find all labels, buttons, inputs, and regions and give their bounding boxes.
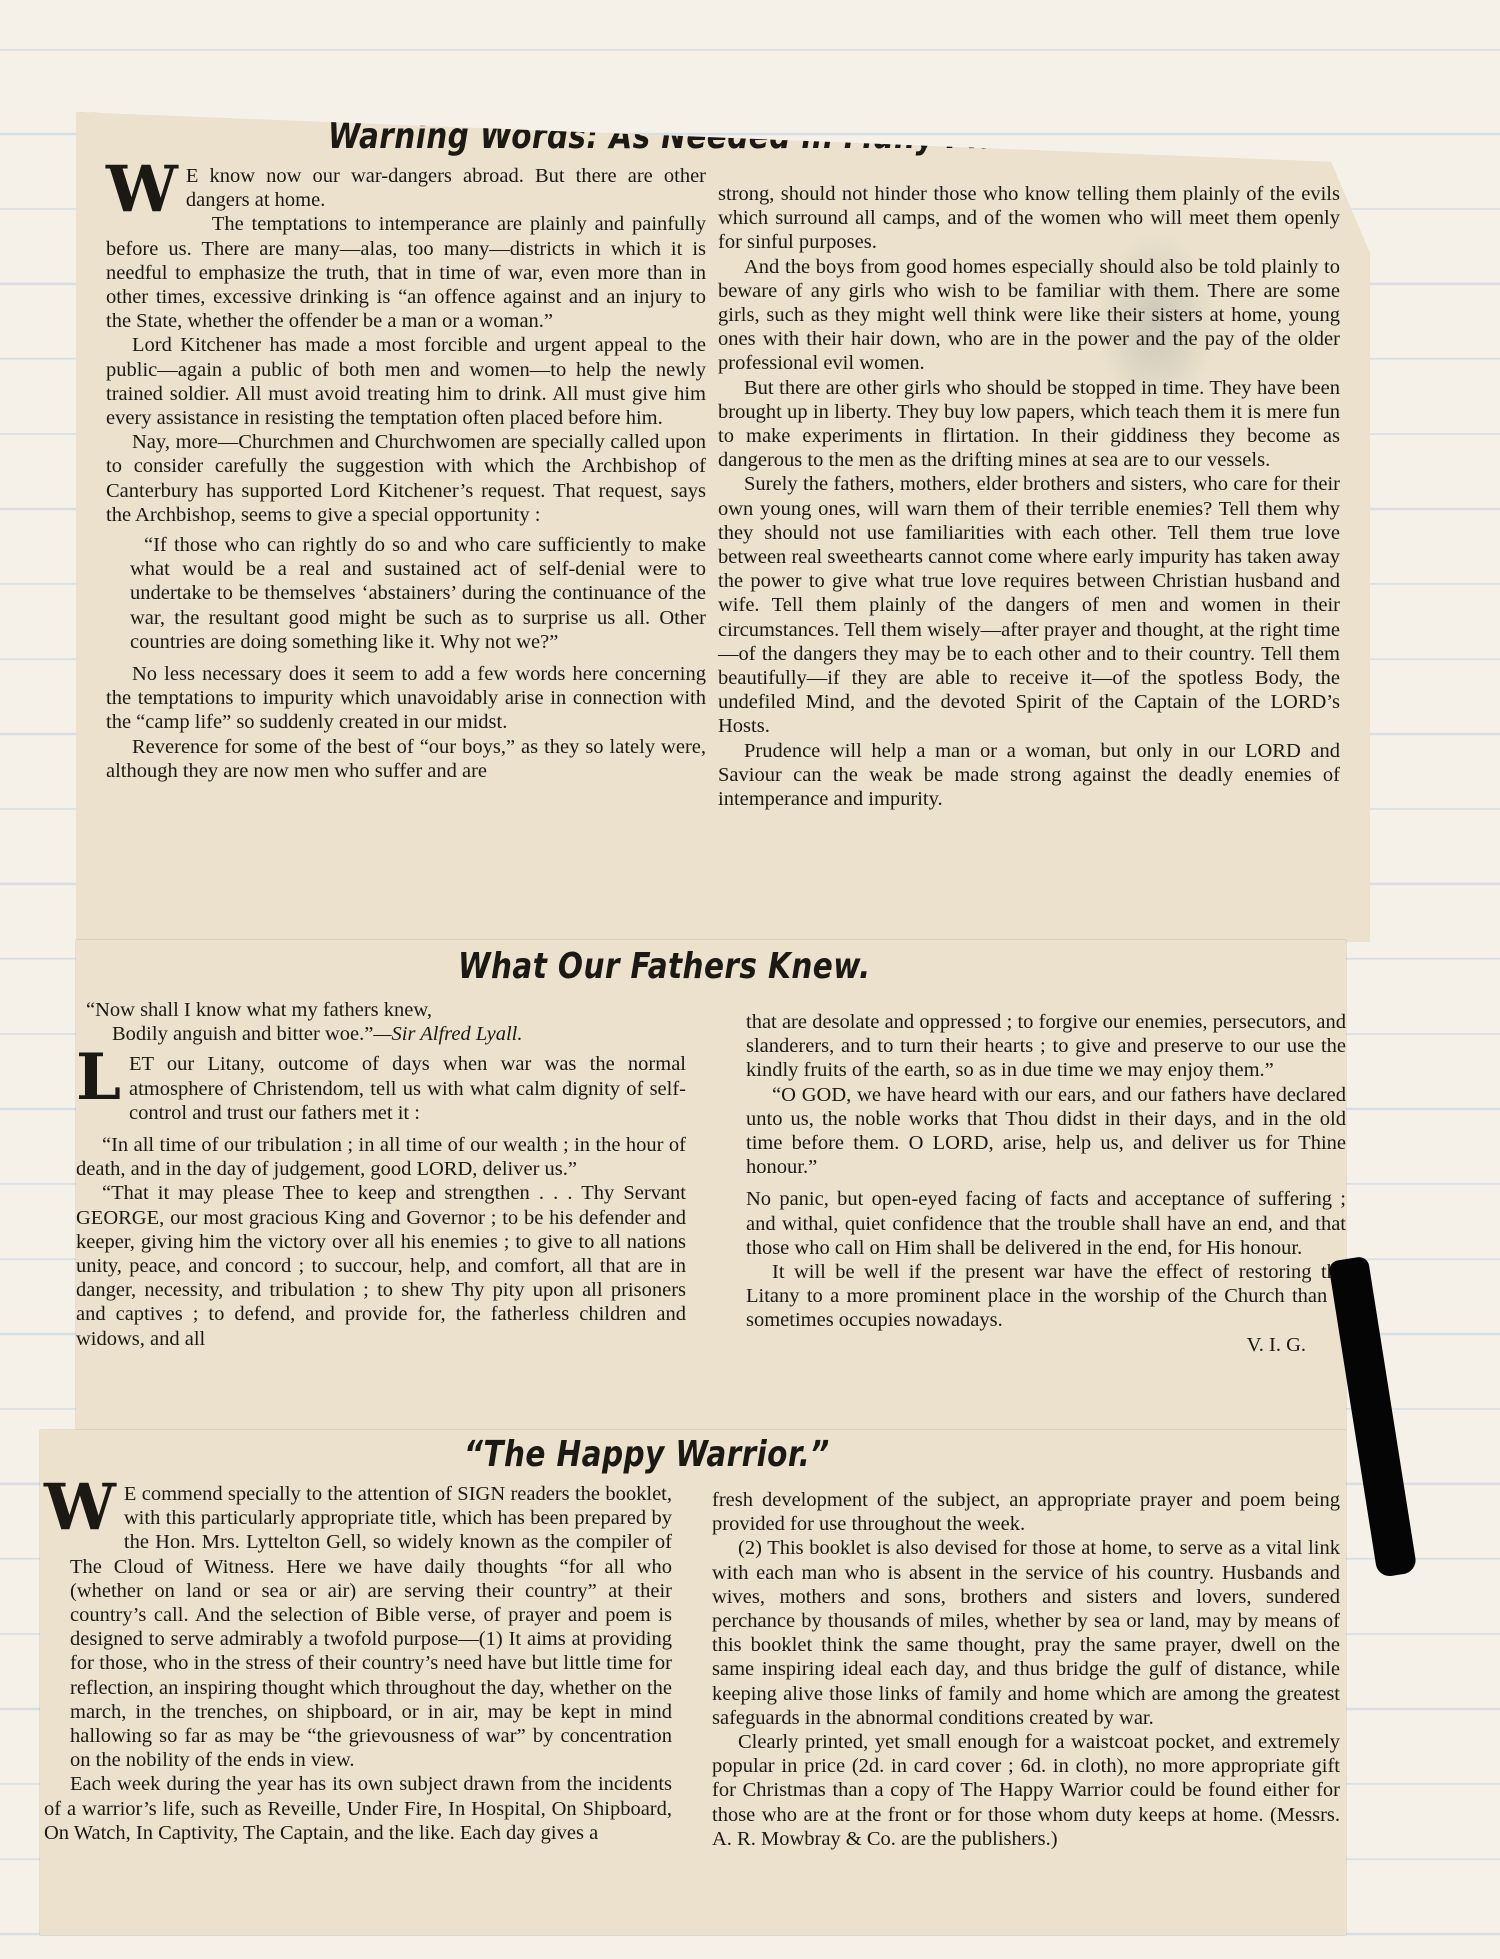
article-column-left: WE commend specially to the attention of… [44, 1482, 672, 1845]
quotation: that are desolate and oppressed ; to for… [746, 1010, 1346, 1083]
paragraph: Reverence for some of the best of “our b… [106, 735, 706, 783]
author-signature: V. I. G. [746, 1333, 1346, 1357]
clipping-happy-warrior: “The Happy Warrior.” WE commend speciall… [40, 1430, 1346, 1935]
paragraph: Clearly printed, yet small enough for a … [712, 1730, 1340, 1851]
paragraph: But there are other girls who should be … [718, 376, 1340, 473]
paragraph: Nay, more—Churchmen and Churchwomen are … [106, 430, 706, 527]
paragraph: And the boys from good homes especially … [718, 255, 1340, 376]
drop-cap: L [76, 1054, 121, 1102]
article-column-right: fresh development of the subject, an app… [712, 1488, 1340, 1851]
paragraph: No less necessary does it seem to add a … [106, 662, 706, 735]
article-column-right: strong, should not hinder those who know… [718, 182, 1340, 811]
epigraph-line: Bodily anguish and bitter woe.”—Sir Alfr… [76, 1022, 686, 1046]
paragraph: Each week during the year has its own su… [44, 1772, 672, 1845]
paragraph: It will be well if the present war have … [746, 1260, 1346, 1333]
article-column-left: WE know now our war-dangers abroad. But … [106, 164, 706, 783]
paragraph: Surely the fathers, mothers, elder broth… [718, 472, 1340, 738]
clipping-warning-words: Warning Words: As Needed in Many Places.… [76, 112, 1370, 942]
drop-cap: W [106, 166, 178, 214]
article-title: “The Happy Warrior.” [464, 1434, 830, 1475]
paragraph: No panic, but open-eyed facing of facts … [746, 1187, 1346, 1260]
article-column-left: “Now shall I know what my fathers knew, … [76, 998, 686, 1351]
paragraph: (2) This booklet is also devised for tho… [712, 1536, 1340, 1730]
article-column-right: that are desolate and oppressed ; to for… [746, 1010, 1346, 1357]
paragraph: Lord Kitchener has made a most forcible … [106, 333, 706, 430]
drop-cap: W [44, 1484, 116, 1532]
paragraph: Prudence will help a man or a woman, but… [718, 739, 1340, 812]
clipping-what-our-fathers-knew: What Our Fathers Knew. “Now shall I know… [76, 940, 1346, 1430]
epigraph-line: “Now shall I know what my fathers knew, [76, 998, 686, 1022]
quotation: “That it may please Thee to keep and str… [76, 1181, 686, 1350]
paragraph: strong, should not hinder those who know… [718, 182, 1340, 255]
epigraph-attribution: —Sir Alfred Lyall. [373, 1023, 522, 1045]
quotation: “In all time of our tribulation ; in all… [76, 1133, 686, 1181]
quotation: “O GOD, we have heard with our ears, and… [746, 1083, 1346, 1180]
quotation: “If those who can rightly do so and who … [106, 533, 706, 654]
paragraph: The temptations to intemperance are plai… [106, 212, 706, 333]
article-title: What Our Fathers Knew. [458, 946, 871, 987]
paragraph: fresh development of the subject, an app… [712, 1488, 1340, 1536]
